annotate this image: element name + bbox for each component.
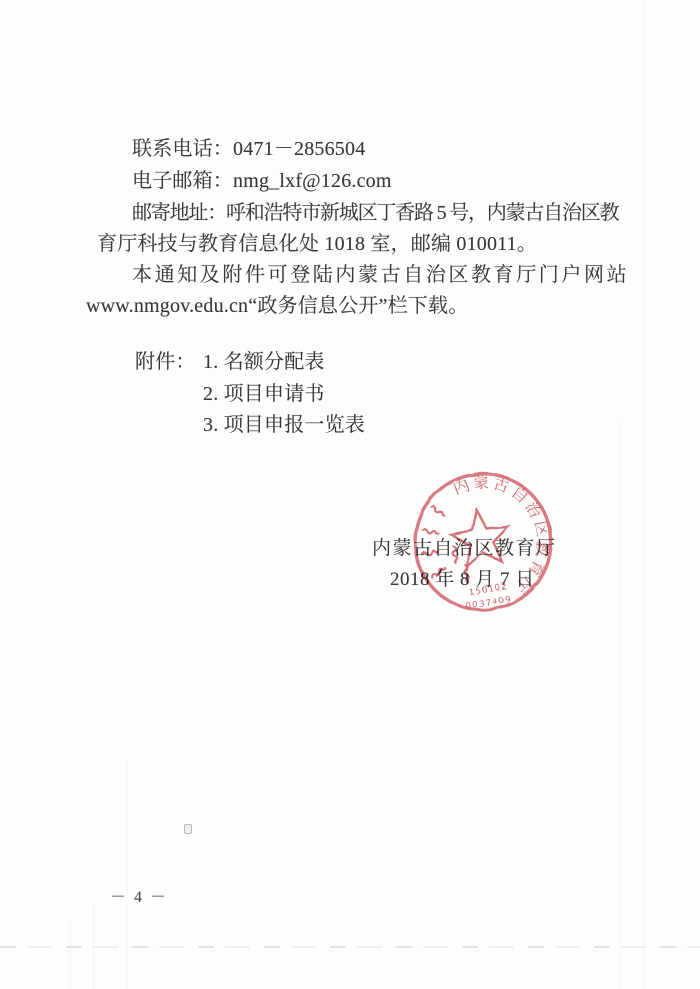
page-number: － 4 － [110, 884, 168, 907]
attachment-item: 1. 名额分配表 [203, 349, 325, 375]
contact-phone-line: 联系电话：0471－2856504 [132, 136, 365, 162]
mailing-address-line-2: 育厅科技与教育信息化处 1018 室，邮编 010011。 [97, 231, 537, 257]
scan-streak-vertical [620, 420, 621, 989]
scan-streak-vertical [643, 0, 644, 989]
attachments-label: 附件： [135, 349, 196, 375]
scan-speck [184, 824, 192, 834]
signature-date: 2018 年 8 月 7 日 [390, 567, 535, 593]
scan-fold-line [0, 946, 700, 948]
seal-code-line-2: 0037409 [465, 594, 512, 611]
scanned-document-page: 联系电话：0471－2856504 电子邮箱：nmg_lxf@126.com 邮… [0, 0, 700, 989]
attachment-item: 2. 项目申请书 [203, 381, 325, 407]
scan-streak-vertical [70, 918, 71, 989]
download-notice-line-2: www.nmgov.edu.cn“政务信息公开”栏下载。 [86, 293, 468, 319]
download-notice-line-1: 本通知及附件可登陆内蒙古自治区教育厅门户网站 [132, 262, 629, 288]
attachment-item: 3. 项目申报一览表 [203, 412, 365, 438]
mailing-address-line-1: 邮寄地址：呼和浩特市新城区丁香路 5 号，内蒙古自治区教 [132, 200, 618, 226]
signature-issuer: 内蒙古自治区教育厅 [372, 536, 557, 562]
scan-streak-vertical [127, 758, 128, 989]
contact-email-line: 电子邮箱：nmg_lxf@126.com [132, 168, 392, 194]
